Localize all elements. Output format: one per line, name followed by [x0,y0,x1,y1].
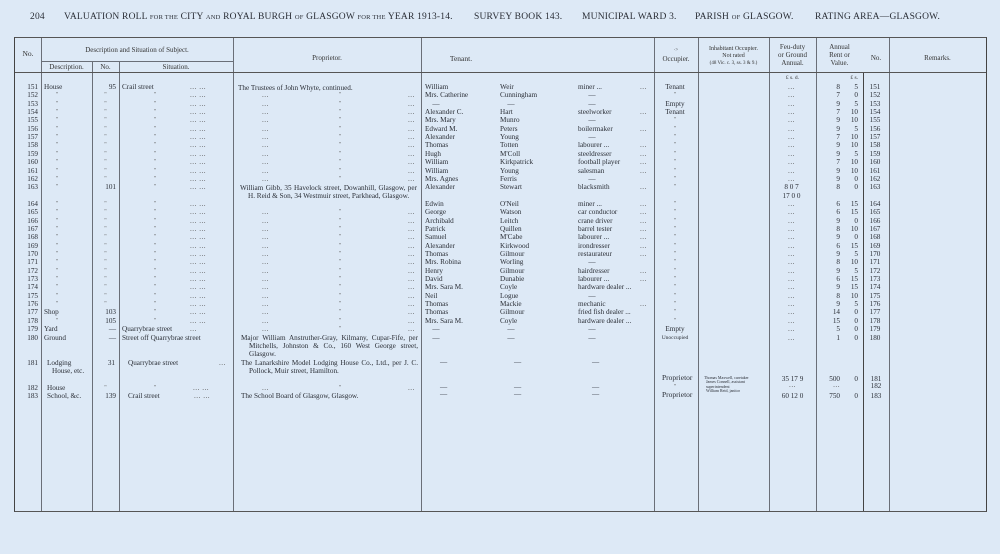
cell-occupation: miner ... [578,200,648,208]
cell-feu: ... [768,334,815,342]
cell-occupation: — [578,100,606,108]
proprietor-ditto: ... [408,158,415,166]
cell-no2: 154 [862,108,888,116]
cell-last: M'Cabe [500,233,574,241]
proprietor-ditto: ... [408,325,415,333]
cell-occupier: " [654,300,696,308]
cell-desc: " [44,275,70,283]
cell-rent-l: 6 [818,242,840,250]
cell-no: 177 [16,308,38,316]
cell-occupier: " [654,275,696,283]
cell-desc: House [44,83,90,91]
cell-occupier: " [654,175,696,183]
cell-occupation: — [578,175,606,183]
cell-rent-l: 6 [818,208,840,216]
cell-rent-s: 15 [840,242,858,250]
cell-desc: Yard [44,325,90,333]
occupier-mark: ·> [654,47,698,55]
cell-rent-l: 9 [818,125,840,133]
cell-no2: 171 [862,258,888,266]
cell-situation: " [140,217,170,225]
page-number: 204 [30,12,45,22]
proprietor-ditto: " [330,275,350,283]
col-header-proprietor: Proprietor. [233,54,421,62]
cell-rent-l: 9 [818,250,840,258]
cell-rent-l: 8 [818,258,840,266]
cell-last: M'Coll [500,150,574,158]
rating-area: RATING AREA—GLASGOW. [815,12,940,22]
cell-feu: ... [768,91,815,99]
cell-rent-l: 1 [818,334,840,342]
cell-first: William [425,158,497,166]
proprietor-ditto: ... [408,258,415,266]
cell-sit-dots: ... ... [190,258,230,266]
cell-first: David [425,275,497,283]
cell-desc: " [44,317,70,325]
cell-situation: " [140,125,170,133]
proprietor-ditto: ... [408,100,415,108]
cell-first: Alexander [425,133,497,141]
cell-first: Mrs. Robina [425,258,497,266]
cell-no2: 162 [862,175,888,183]
cell-rent-l: 8 [818,183,840,191]
cell-last: Gilmour [500,267,574,275]
cell-feu: ... [768,225,815,233]
cell-rent-s: 0 [840,308,858,316]
cell-no: 178 [16,317,38,325]
cell-desc: " [44,91,70,99]
cell-last: Coyle [500,283,574,291]
cell-first: Edward M. [425,125,497,133]
proprietor-ditto: ... [408,292,415,300]
cell-last: O'Neil [500,200,574,208]
cell-no: 156 [16,125,38,133]
cell-occupation: crane driver [578,217,648,225]
cell-rent-l: 9 [818,233,840,241]
cell-situation: " [140,233,170,241]
cell-occupier: " [654,317,696,325]
cell-occupier: Empty [654,100,696,108]
cell-last: Gilmour [500,308,574,316]
cell-no: 170 [16,250,38,258]
cell-occupier: " [654,308,696,316]
cell-situation: " [140,308,170,316]
cell-occupier: " [654,217,696,225]
cell-rent-l: 8 [818,292,840,300]
proprietor-ditto: ... [262,133,269,141]
cell-rent-s: 0 [840,325,858,333]
cell-no: 166 [16,217,38,225]
cell-occupier: " [654,183,696,191]
cell-no: 161 [16,167,38,175]
cell-desc: " [44,158,70,166]
cell-feu: ... [768,275,815,283]
cell-occupation: labourer ... [578,275,648,283]
cell-situation: " [140,300,170,308]
col-header-description: Description. [41,63,92,71]
cell-last: Watson [500,208,574,216]
cell-situation: " [140,250,170,258]
cell-desc: " [44,200,70,208]
cell-rent-s: 10 [840,167,858,175]
cell-no: 163 [16,183,38,191]
cell-num: " [92,91,119,99]
cell-no2: 158 [862,141,888,149]
cell-no: 173 [16,275,38,283]
cell-rent-l: 8 [818,83,840,91]
cell-last: — [500,334,522,342]
cell-situation: " [140,275,170,283]
rule [421,38,422,511]
cell-num: " [92,267,119,275]
cell-num: " [92,100,119,108]
cell-no2: 172 [862,267,888,275]
cell-occupation: labourer ... [578,233,648,241]
proprietor-ditto: " [330,225,350,233]
cell-feu: ... [768,283,815,291]
proprietor-ditto: " [330,116,350,124]
cell-feu: ... [768,133,815,141]
cell-sit-dots: ... ... [190,267,230,275]
cell-last: Stewart [500,183,574,191]
survey-book: SURVEY BOOK 143. [474,12,562,22]
cell-occ-dots: ... [640,208,652,216]
proprietor-ditto: ... [408,125,415,133]
cell-rent-l: 9 [818,100,840,108]
cell-last: Gilmour [500,250,574,258]
cell-no: 169 [16,242,38,250]
cell-rent-s: 5 [840,83,858,91]
cell-rent-s: 5 [840,300,858,308]
cell-num: " [92,292,119,300]
cell-occupier: " [654,200,696,208]
cell-desc: " [44,300,70,308]
cell-occupation: mechanic [578,300,648,308]
cell-situation: " [140,258,170,266]
cell-no2: 167 [862,225,888,233]
cell-no: 158 [16,141,38,149]
cell-occupier: Tenant [654,108,696,116]
rule [816,38,817,511]
proprietor-school-board: The School Board of Glasgow, Glasgow. [241,392,358,400]
proprietor-ditto: ... [262,275,269,283]
cell-sit-dots: ... ... [190,133,230,141]
cell-rent-l: 7 [818,158,840,166]
cell-feu: ... [768,100,815,108]
cell-desc: " [44,100,70,108]
cell-feu: ... [768,108,815,116]
proprietor-ditto: " [330,158,350,166]
cell-first: Edwin [425,200,497,208]
cell-feu: ... [768,158,815,166]
cell-first: Mrs. Sara M. [425,283,497,291]
cell-feu: ... [768,125,815,133]
cell-no: 165 [16,208,38,216]
cell-situation: " [140,292,170,300]
cell-no2: 166 [862,217,888,225]
cell-desc: Shop [44,308,90,316]
proprietor-ditto: ... [408,308,415,316]
proprietor-ditto: " [330,141,350,149]
proprietor-ditto: ... [262,325,269,333]
cell-rent-l: 9 [818,150,840,158]
proprietor-lanarkshire: The Lanarkshire Model Lodging House Co.,… [241,359,418,375]
cell-occupier: " [654,141,696,149]
cell-occupation: — [578,91,606,99]
cell-feu: ... [768,233,815,241]
cell-occupier: " [654,158,696,166]
cell-no: 162 [16,175,38,183]
cell-sit-dots: ... ... [190,317,230,325]
cell-desc: " [44,217,70,225]
cell-no2: 151 [862,83,888,91]
cell-no2: 153 [862,100,888,108]
cell-occupation: — [578,116,606,124]
cell-situation: Street off Quarrybrae street [122,334,202,342]
cell-first: Thomas [425,300,497,308]
cell-first: Thomas [425,308,497,316]
cell-num: " [92,258,119,266]
cell-occ-dots: ... [640,108,652,116]
cell-num: " [92,275,119,283]
proprietor-ditto: " [330,317,350,325]
col-header-desc-group: Description and Situation of Subject. [41,46,233,54]
rule [41,38,42,511]
cell-sit-dots: ... ... [190,125,230,133]
cell-first: William [425,167,497,175]
cell-last: Ferris [500,175,574,183]
cell-sit-dots: ... ... [190,167,230,175]
cell-no: 151 [16,83,38,91]
cell-occupier: " [654,150,696,158]
cell-num: " [92,125,119,133]
cell-no2: 161 [862,167,888,175]
cell-no: 159 [16,150,38,158]
header-rule [15,72,986,73]
cell-no: 171 [16,258,38,266]
cell-feu: ... [768,167,815,175]
cell-occupier: " [654,125,696,133]
cell-no2: 165 [862,208,888,216]
rule [41,61,233,62]
cell-rent-s: 15 [840,200,858,208]
cell-sit-dots: ... ... [190,217,230,225]
proprietor-ditto: ... [262,308,269,316]
cell-feu: ... [768,308,815,316]
cell-first: Mrs. Catherine [425,91,497,99]
cell-first: Mrs. Agnes [425,175,497,183]
proprietor-ditto: ... [262,175,269,183]
proprietor-ditto: " [330,258,350,266]
cell-last: Coyle [500,317,574,325]
cell-sit-dots: ... ... [190,108,230,116]
proprietor-ditto: ... [262,300,269,308]
cell-first: George [425,208,497,216]
cell-desc: " [44,250,70,258]
cell-first: Archibald [425,217,497,225]
cell-last: — [500,100,522,108]
proprietor-ditto: ... [262,225,269,233]
cell-situation: " [140,167,170,175]
proprietor-ditto: ... [262,108,269,116]
cell-first: Thomas [425,141,497,149]
cell-rent-s: 15 [840,208,858,216]
proprietor-ditto: ... [408,242,415,250]
cell-occ-dots: ... [640,225,652,233]
cell-no: 154 [16,108,38,116]
cell-no2: 152 [862,91,888,99]
proprietor-ditto: " [330,325,350,333]
cell-sit-dots: ... ... [190,283,230,291]
page-header: 204 VALUATION ROLL for the CITY and ROYA… [30,12,990,26]
cell-feu: ... [768,141,815,149]
cell-rent-l: 6 [818,200,840,208]
cell-first: Mrs. Sara M. [425,317,497,325]
page-title: VALUATION ROLL for the CITY and ROYAL BU… [64,12,453,22]
cell-feu: ... [768,150,815,158]
proprietor-ditto: ... [262,100,269,108]
cell-desc: " [44,292,70,300]
cell-first: Samuel [425,233,497,241]
proprietor-ditto: ... [408,141,415,149]
cell-occupation: — [578,258,606,266]
cell-occ-dots: ... [640,300,652,308]
cell-sit-dots: ... ... [190,292,230,300]
proprietor-ditto: ... [262,258,269,266]
cell-last: Totten [500,141,574,149]
cell-last: Kirkwood [500,242,574,250]
cell-occupier: " [654,133,696,141]
cell-desc: " [44,267,70,275]
cell-rent-l: 14 [818,308,840,316]
cell-first: — [425,334,447,342]
cell-feu: ... [768,83,815,91]
cell-feu: ... [768,200,815,208]
cell-first: Neil [425,292,497,300]
cell-last: Leitch [500,217,574,225]
rule [698,38,699,511]
cell-rent-s: 10 [840,258,858,266]
cell-no2: 170 [862,250,888,258]
cell-occ-dots: ... [640,150,652,158]
proprietor-ditto: " [330,133,350,141]
cell-sit-dots: ... ... [190,83,230,91]
cell-sit-dots: ... ... [190,250,230,258]
cell-occupier: Tenant [654,83,696,91]
cell-rent-s: 0 [840,183,858,191]
cell-rent-l: 7 [818,108,840,116]
proprietor-ditto: ... [262,208,269,216]
cell-last: Hart [500,108,574,116]
cell-num: " [92,200,119,208]
cell-situation: " [140,267,170,275]
col-header-no: No. [15,50,41,58]
cell-occupation: blacksmith [578,183,648,191]
proprietor-ditto: ... [262,317,269,325]
cell-last: Kirkpatrick [500,158,574,166]
cell-desc: " [44,258,70,266]
cell-rent-s: 10 [840,133,858,141]
cell-first: William [425,83,497,91]
proprietor-ditto: ... [408,267,415,275]
col-header-remarks: Remarks. [889,54,986,62]
cell-num: " [92,158,119,166]
cell-rent-l: 9 [818,167,840,175]
cell-rent-s: 10 [840,225,858,233]
cell-num: " [92,108,119,116]
cell-occupier: " [654,242,696,250]
col-header-situation: Situation. [119,63,233,71]
proprietor-ditto: " [330,100,350,108]
cell-rent-l: 9 [818,267,840,275]
proprietor-ditto: ... [408,300,415,308]
cell-last: Dunabie [500,275,574,283]
cell-sit-dots: ... ... [190,242,230,250]
cell-desc: " [44,225,70,233]
proprietor-ditto: ... [408,250,415,258]
cell-rent-l: 9 [818,283,840,291]
col-header-no-right: No. [863,54,889,62]
cell-sit-dots: ... ... [190,308,230,316]
cell-situation: " [140,150,170,158]
cell-num: " [92,233,119,241]
cell-rent-l: 15 [818,317,840,325]
proprietor-ditto: " [330,108,350,116]
cell-rent-l: 7 [818,133,840,141]
cell-sit-dots: ... ... [190,275,230,283]
cell-num: — [92,334,116,342]
cell-occupier: " [654,267,696,275]
cell-occupation: miner ... [578,83,648,91]
cell-rent-s: 5 [840,267,858,275]
col-header-occupier: Occupier. [654,55,698,63]
cell-num: 105 [92,317,116,325]
cell-sit-dots: ... ... [190,225,230,233]
cell-sit-dots: ... ... [190,208,230,216]
cell-desc: " [44,116,70,124]
cell-first: Henry [425,267,497,275]
cell-last: Weir [500,83,574,91]
cell-occupation: car conductor [578,208,648,216]
cell-rent-l: 8 [818,225,840,233]
cell-no: 172 [16,267,38,275]
parish: PARISH of GLASGOW. [695,12,794,22]
cell-no2: 175 [862,292,888,300]
proprietor-ditto: " [330,233,350,241]
cell-last: — [500,325,522,333]
cell-feu: ... [768,267,815,275]
cell-sit-dots: ... ... [190,158,230,166]
cell-no2: 155 [862,116,888,124]
cell-feu: ... [768,217,815,225]
proprietor-ditto: ... [408,317,415,325]
cell-first: Alexander [425,183,497,191]
col-header-street-no: No. [92,63,119,71]
proprietor-ditto: ... [408,91,415,99]
cell-occupier: " [654,258,696,266]
cell-no: 157 [16,133,38,141]
proprietor-ditto: " [330,167,350,175]
cell-no2: 157 [862,133,888,141]
cell-occupation: — [578,334,606,342]
proprietor-ditto: ... [262,167,269,175]
cell-last: Mackie [500,300,574,308]
cell-occ-dots: ... [640,217,652,225]
cell-occ-dots: ... [640,233,652,241]
cell-num: " [92,133,119,141]
cell-occupation: fried fish dealer ... [578,308,648,316]
cell-rent-s: 0 [840,217,858,225]
